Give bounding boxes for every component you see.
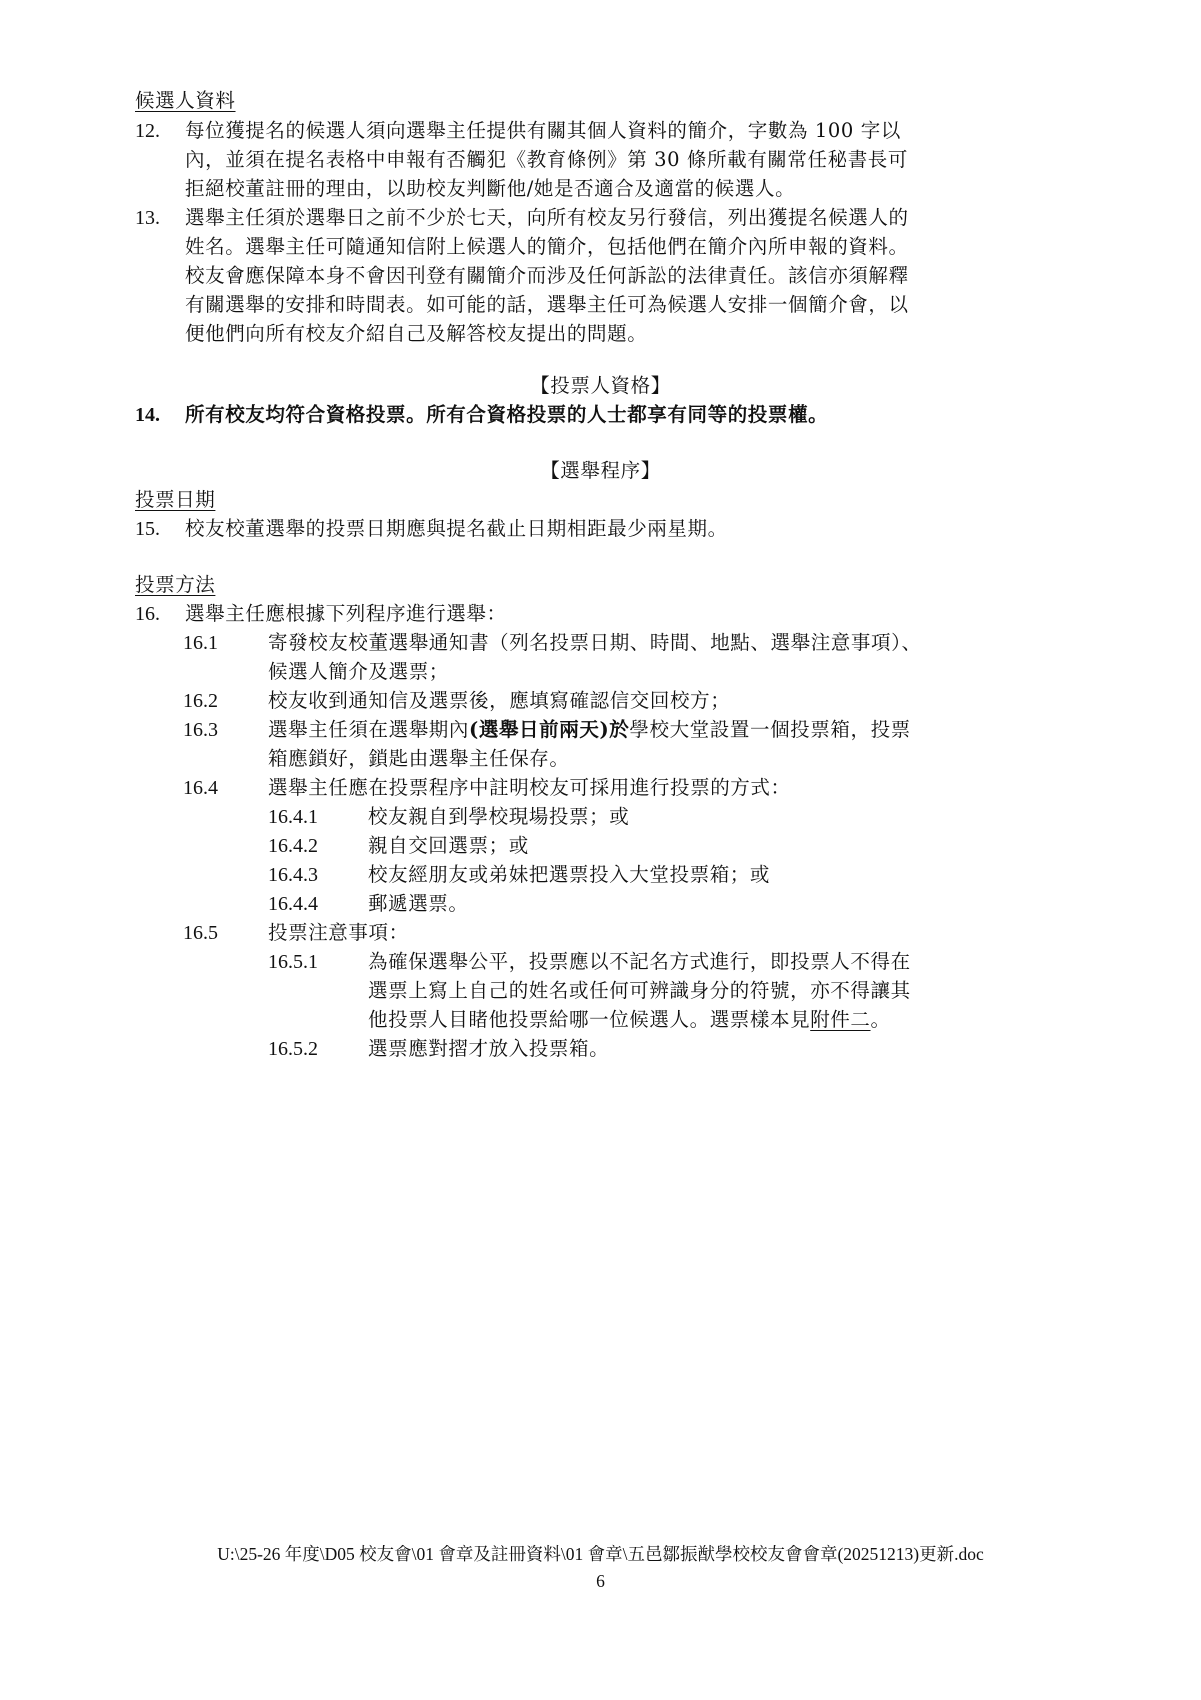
item-16-1-line-2: 候選人簡介及選票； xyxy=(268,657,449,687)
item-number-16-5: 16.5 xyxy=(183,918,218,948)
item-12-line-1: 每位獲提名的候選人須向選舉主任提供有關其個人資料的簡介，字數為 100 字以 xyxy=(185,116,901,146)
item-13-line-5: 便他們向所有校友介紹自己及解答校友提出的問題。 xyxy=(185,319,647,349)
section-heading-voting-date: 投票日期 xyxy=(135,485,215,515)
item-12-line-3: 拒絕校董註冊的理由，以助校友判斷他/她是否適合及適當的候選人。 xyxy=(185,174,795,204)
item-number-12: 12. xyxy=(135,116,160,146)
section-title-voter-eligibility: 【投票人資格】 xyxy=(0,371,1201,401)
item-16-5-1-line-3-post: 。 xyxy=(871,1008,891,1031)
item-number-16-3: 16.3 xyxy=(183,715,218,745)
item-16-1-line-1: 寄發校友校董選舉通知書（列名投票日期、時間、地點、選舉注意事項）、 xyxy=(268,628,922,658)
footer-file-path: U:\25-26 年度\D05 校友會\01 會章及註冊資料\01 會章\五邑鄒… xyxy=(0,1539,1201,1569)
item-16-2-text: 校友收到通知信及選票後，應填寫確認信交回校方； xyxy=(268,686,730,716)
section-heading-candidate-info: 候選人資料 xyxy=(135,86,236,116)
item-number-13: 13. xyxy=(135,203,160,233)
item-16-4-text: 選舉主任應在投票程序中註明校友可採用進行投票的方式： xyxy=(268,773,791,803)
item-number-15: 15. xyxy=(135,514,160,544)
item-number-16-4: 16.4 xyxy=(183,773,218,803)
item-16-5-2-text: 選票應對摺才放入投票箱。 xyxy=(368,1034,609,1064)
item-number-16-2: 16.2 xyxy=(183,686,218,716)
document-page: 候選人資料 12. 每位獲提名的候選人須向選舉主任提供有關其個人資料的簡介，字數… xyxy=(0,0,1201,1700)
item-12-line-2: 內，並須在提名表格中申報有否觸犯《教育條例》第 30 條所載有關常任秘書長可 xyxy=(185,145,908,175)
item-16-3-line-1-bold: (選舉日前兩天)於 xyxy=(469,718,629,741)
section-title-election-procedure: 【選舉程序】 xyxy=(0,456,1201,486)
item-16-5-text: 投票注意事項： xyxy=(268,918,409,948)
item-16-5-1-line-1: 為確保選舉公平，投票應以不記名方式進行，即投票人不得在 xyxy=(368,947,911,977)
item-number-16-4-3: 16.4.3 xyxy=(268,860,318,890)
item-16-4-4-text: 郵遞選票。 xyxy=(368,889,469,919)
item-16-3-line-1: 選舉主任須在選舉期內(選舉日前兩天)於學校大堂設置一個投票箱，投票 xyxy=(268,715,911,745)
item-16-text: 選舉主任應根據下列程序進行選舉： xyxy=(185,599,507,629)
item-16-3-line-1-post: 學校大堂設置一個投票箱，投票 xyxy=(629,718,910,741)
item-15-text: 校友校董選舉的投票日期應與提名截止日期相距最少兩星期。 xyxy=(185,514,728,544)
item-13-line-3: 校友會應保障本身不會因刊登有關簡介而涉及任何訴訟的法律責任。該信亦須解釋 xyxy=(185,261,909,291)
section-heading-voting-method: 投票方法 xyxy=(135,570,215,600)
item-number-16-4-4: 16.4.4 xyxy=(268,889,318,919)
item-13-line-2: 姓名。選舉主任可隨通知信附上候選人的簡介，包括他們在簡介內所申報的資料。 xyxy=(185,232,909,262)
item-14-text: 所有校友均符合資格投票。所有合資格投票的人士都享有同等的投票權。 xyxy=(185,400,828,430)
page-number: 6 xyxy=(0,1566,1201,1596)
item-number-16-5-1: 16.5.1 xyxy=(268,947,318,977)
item-16-4-2-text: 親自交回選票；或 xyxy=(368,831,529,861)
item-16-3-line-2: 箱應鎖好，鎖匙由選舉主任保存。 xyxy=(268,744,570,774)
item-number-14: 14. xyxy=(135,400,160,430)
item-16-4-1-text: 校友親自到學校現場投票；或 xyxy=(368,802,629,832)
item-16-5-1-line-3-pre: 他投票人目睹他投票給哪一位候選人。選票樣本見 xyxy=(368,1008,810,1031)
item-number-16-4-1: 16.4.1 xyxy=(268,802,318,832)
item-number-16-1: 16.1 xyxy=(183,628,218,658)
item-16-4-3-text: 校友經朋友或弟妹把選票投入大堂投票箱；或 xyxy=(368,860,770,890)
item-number-16-4-2: 16.4.2 xyxy=(268,831,318,861)
item-16-3-line-1-pre: 選舉主任須在選舉期內 xyxy=(268,718,469,741)
item-number-16-5-2: 16.5.2 xyxy=(268,1034,318,1064)
appendix-2-link[interactable]: 附件二 xyxy=(810,1008,870,1031)
item-16-5-1-line-2: 選票上寫上自己的姓名或任何可辨識身分的符號，亦不得讓其 xyxy=(368,976,911,1006)
item-number-16: 16. xyxy=(135,599,160,629)
item-16-5-1-line-3: 他投票人目睹他投票給哪一位候選人。選票樣本見附件二。 xyxy=(368,1005,891,1035)
item-13-line-4: 有關選舉的安排和時間表。如可能的話，選舉主任可為候選人安排一個簡介會，以 xyxy=(185,290,909,320)
item-13-line-1: 選舉主任須於選舉日之前不少於七天，向所有校友另行發信，列出獲提名候選人的 xyxy=(185,203,909,233)
